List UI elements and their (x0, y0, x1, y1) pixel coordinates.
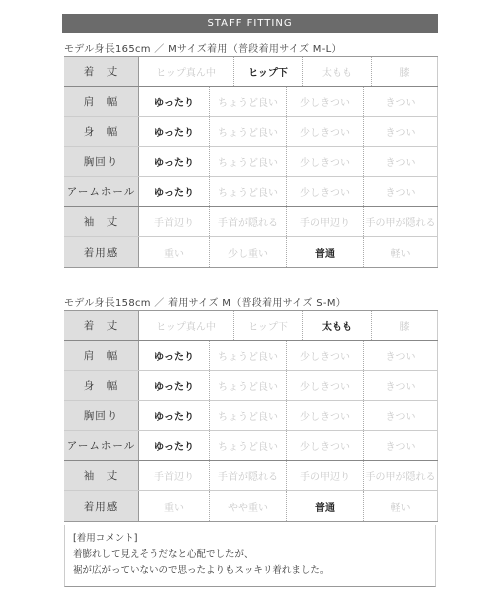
option: 手の甲が隠れる (363, 461, 437, 490)
option: ちょうど良い (209, 341, 286, 370)
row-label: 着用感 (64, 491, 139, 521)
option: 少しきつい (286, 341, 363, 370)
row-label: 肩 幅 (64, 87, 139, 116)
option: 少しきつい (286, 431, 363, 460)
row-label: 着用感 (64, 237, 139, 267)
fitting-row: アームホールゆったりちょうど良い少しきついきつい (64, 431, 438, 461)
option: 少しきつい (286, 371, 363, 400)
fitting-2-table: 着 丈ヒップ真ん中ヒップ下太もも膝肩 幅ゆったりちょうど良い少しきついきつい身 … (64, 310, 438, 522)
option: 重い (139, 491, 209, 521)
fitting-row: 肩 幅ゆったりちょうど良い少しきついきつい (64, 87, 438, 117)
option: ヒップ真ん中 (139, 57, 233, 86)
option: ちょうど良い (209, 147, 286, 176)
option: ヒップ真ん中 (139, 311, 233, 340)
option: 軽い (363, 491, 437, 521)
option: 少しきつい (286, 401, 363, 430)
option: 少しきつい (286, 117, 363, 146)
comment-title: [着用コメント] (73, 531, 427, 547)
option: 重い (139, 237, 209, 267)
row-label: 胸回り (64, 401, 139, 430)
fitting-row: 着 丈ヒップ真ん中ヒップ下太もも膝 (64, 311, 438, 341)
row-label: アームホール (64, 431, 139, 460)
wear-comment: [着用コメント] 着膨れして見えそうだなと心配でしたが、 裾が広がっていないので… (64, 525, 436, 587)
fitting-1-table: 着 丈ヒップ真ん中ヒップ下太もも膝肩 幅ゆったりちょうど良い少しきついきつい身 … (64, 56, 438, 268)
row-label: 袖 丈 (64, 461, 139, 490)
option-selected: ゆったり (139, 117, 209, 146)
option-selected: ゆったり (139, 341, 209, 370)
option: きつい (363, 431, 437, 460)
option-selected: ゆったり (139, 401, 209, 430)
fitting-row: 着 丈ヒップ真ん中ヒップ下太もも膝 (64, 57, 438, 87)
option-selected: ゆったり (139, 431, 209, 460)
option: 膝 (371, 311, 437, 340)
option-selected: ゆったり (139, 147, 209, 176)
option: きつい (363, 117, 437, 146)
option-selected: 普通 (286, 237, 363, 267)
option: 膝 (371, 57, 437, 86)
row-label: 肩 幅 (64, 341, 139, 370)
comment-line: 裾が広がっていないので思ったよりもスッキリ着れました。 (73, 563, 427, 579)
option: 少しきつい (286, 177, 363, 206)
option-selected: ゆったり (139, 371, 209, 400)
option: 手首が隠れる (209, 207, 286, 236)
option-selected: ヒップ下 (233, 57, 302, 86)
staff-fitting-header: STAFF FITTING (62, 14, 438, 33)
row-label: 着 丈 (64, 57, 139, 86)
option: きつい (363, 341, 437, 370)
option: 太もも (302, 57, 371, 86)
option: 少しきつい (286, 147, 363, 176)
option: ちょうど良い (209, 177, 286, 206)
option: ヒップ下 (233, 311, 302, 340)
fitting-row: 胸回りゆったりちょうど良い少しきついきつい (64, 147, 438, 177)
row-label: アームホール (64, 177, 139, 206)
option-selected: ゆったり (139, 177, 209, 206)
row-label: 身 幅 (64, 117, 139, 146)
option: きつい (363, 87, 437, 116)
option-selected: 太もも (302, 311, 371, 340)
fitting-row: 身 幅ゆったりちょうど良い少しきついきつい (64, 117, 438, 147)
option: きつい (363, 147, 437, 176)
fitting-row: 胸回りゆったりちょうど良い少しきついきつい (64, 401, 438, 431)
fitting-row: 着用感重いやや重い普通軽い (64, 491, 438, 521)
fitting-row: 身 幅ゆったりちょうど良い少しきついきつい (64, 371, 438, 401)
option: やや重い (209, 491, 286, 521)
fitting-2-caption: モデル身長158cm ／ 着用サイズ M（普段着用サイズ S-M） (64, 294, 346, 309)
option: 少し重い (209, 237, 286, 267)
fitting-row: 着用感重い少し重い普通軽い (64, 237, 438, 267)
option: ちょうど良い (209, 117, 286, 146)
option: ちょうど良い (209, 431, 286, 460)
row-label: 着 丈 (64, 311, 139, 340)
option: 少しきつい (286, 87, 363, 116)
option: 手の甲が隠れる (363, 207, 437, 236)
option: ちょうど良い (209, 371, 286, 400)
option: 手の甲辺り (286, 461, 363, 490)
option: きつい (363, 371, 437, 400)
fitting-row: 袖 丈手首辺り手首が隠れる手の甲辺り手の甲が隠れる (64, 207, 438, 237)
fitting-row: 袖 丈手首辺り手首が隠れる手の甲辺り手の甲が隠れる (64, 461, 438, 491)
option: 手首が隠れる (209, 461, 286, 490)
fitting-row: アームホールゆったりちょうど良い少しきついきつい (64, 177, 438, 207)
fitting-row: 肩 幅ゆったりちょうど良い少しきついきつい (64, 341, 438, 371)
option: きつい (363, 401, 437, 430)
option-selected: 普通 (286, 491, 363, 521)
row-label: 胸回り (64, 147, 139, 176)
option: 手首辺り (139, 461, 209, 490)
comment-line: 着膨れして見えそうだなと心配でしたが、 (73, 547, 427, 563)
row-label: 身 幅 (64, 371, 139, 400)
option: 軽い (363, 237, 437, 267)
option: 手首辺り (139, 207, 209, 236)
option-selected: ゆったり (139, 87, 209, 116)
option: ちょうど良い (209, 87, 286, 116)
row-label: 袖 丈 (64, 207, 139, 236)
fitting-1-caption: モデル身長165cm ／ Mサイズ着用（普段着用サイズ M-L） (64, 40, 342, 55)
option: 手の甲辺り (286, 207, 363, 236)
option: ちょうど良い (209, 401, 286, 430)
option: きつい (363, 177, 437, 206)
